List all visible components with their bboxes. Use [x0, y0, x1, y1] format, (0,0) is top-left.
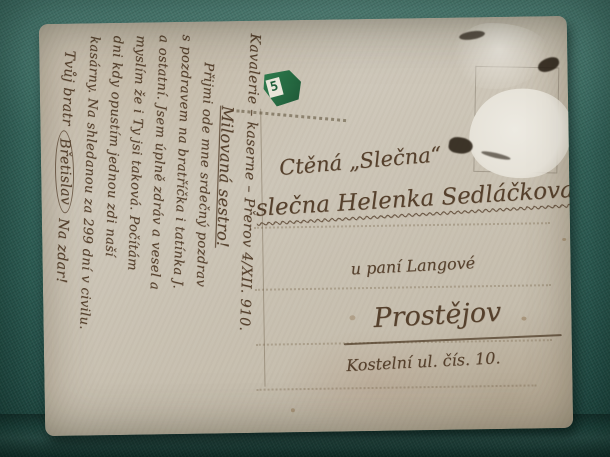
- photo-vignette: [0, 0, 610, 457]
